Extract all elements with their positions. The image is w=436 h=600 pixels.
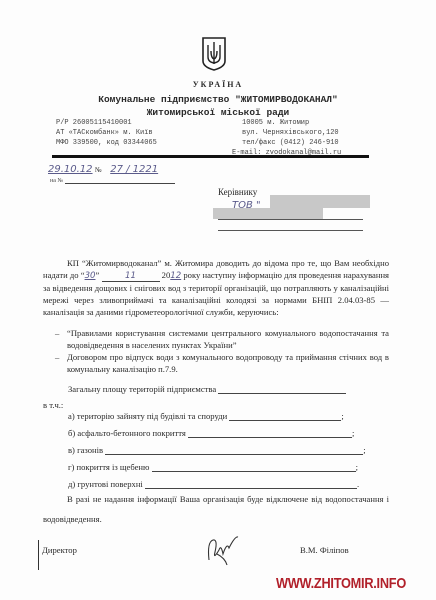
list-item: –“Правилами користування системами центр… [55, 327, 389, 351]
reference-number: 27 / 1221 [104, 164, 158, 175]
signatory-name: В.М. Філіпов [300, 545, 349, 555]
total-area-blank [218, 384, 346, 394]
address-line [218, 219, 363, 220]
reference-list: –“Правилами користування системами центр… [55, 327, 389, 375]
bank-details: Р/Р 26005115410001 АТ «ТАСкомбанк» м. Ки… [56, 118, 157, 148]
organization-subtitle: Житомирської міської ради [0, 107, 436, 118]
area-field-asphalt: б) асфальто-бетонного покриття ; [68, 428, 354, 438]
contact-details: 10005 м. Житомир вул. Черняхівського,120… [232, 118, 341, 158]
redacted-block [213, 208, 323, 219]
warning-paragraph: В разі не надання інформації Ваша органі… [43, 489, 389, 529]
site-watermark: WWW.ZHITOMIR.INFO [276, 575, 406, 592]
redacted-block [270, 195, 370, 208]
country-name: УКРАЇНА [0, 80, 436, 89]
number-sign: № [95, 166, 102, 174]
bank-name: АТ «ТАСкомбанк» м. Київ [56, 128, 157, 138]
deadline-month: 11 [102, 272, 160, 282]
bank-account: Р/Р 26005115410001 [56, 118, 157, 128]
including-label: в т.ч.: [43, 400, 63, 410]
area-field-gravel: г) покриття із щебеню ; [68, 462, 358, 472]
area-field-soil: д) грунтові поверхні . [68, 479, 359, 489]
in-reply-to-label: на № [50, 178, 63, 184]
contact-phone: тел/факс (0412) 246-910 [232, 138, 341, 148]
address-line [218, 230, 363, 231]
list-item: –Договором про відпуск води з комунально… [55, 351, 389, 375]
total-area-field: Загальну площу територій підприємства [68, 384, 346, 394]
area-field-lawns: в) газонів ; [68, 445, 366, 455]
reference-line: 29.10.12 № 27 / 1221 [48, 164, 158, 175]
area-field-buildings: а) територію зайняту під будівлі та спор… [68, 411, 344, 421]
organization-name: Комунальне підприємство "ЖИТОМИРВОДОКАНА… [0, 94, 436, 105]
contact-street: вул. Черняхівського,120 [232, 128, 341, 138]
handwritten-signature-icon [205, 534, 241, 566]
main-paragraph: КП “Житомирводоканал” м. Житомира доводи… [43, 257, 389, 318]
signatory-title: Директор [42, 545, 77, 555]
letterhead-divider [52, 155, 369, 158]
in-reply-to-blank [65, 183, 175, 184]
deadline-day: 30 [85, 271, 96, 281]
signature-bracket [38, 540, 39, 570]
in-reply-to-line: на № [50, 178, 175, 184]
addressee-title: Керівнику [218, 187, 257, 197]
deadline-year: 12 [170, 271, 181, 281]
trident-coat-of-arms-icon [202, 37, 226, 71]
contact-city: 10005 м. Житомир [232, 118, 341, 128]
reference-date: 29.10.12 [48, 164, 93, 175]
bank-mfo: МФО 339500, код 03344065 [56, 138, 157, 148]
